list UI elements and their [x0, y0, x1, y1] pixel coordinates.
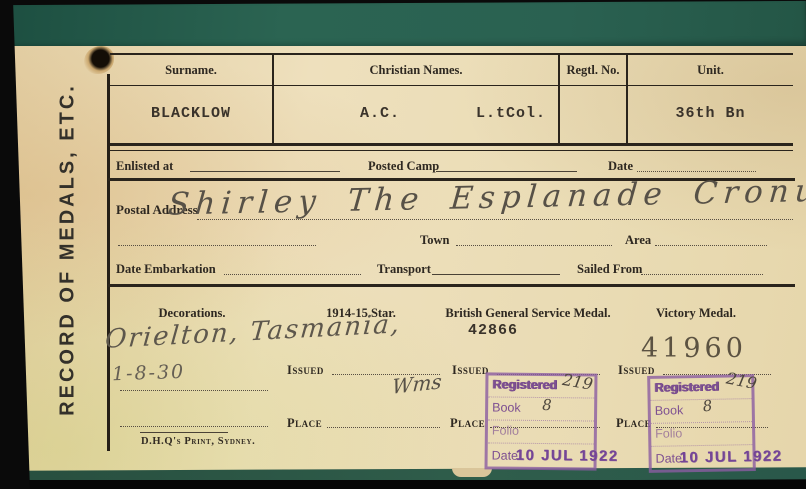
posted-camp-label: Posted Camp — [368, 159, 439, 174]
unit-header: Unit. — [628, 55, 793, 86]
enlisted-at-line — [190, 171, 340, 172]
stamp1-date-value: 10 JUL 1922 — [516, 447, 619, 465]
decorations-line-3 — [140, 432, 228, 433]
town-line — [456, 245, 612, 246]
bgsm-issued-label: Issued — [452, 363, 489, 378]
stamp1-book-number-handwriting: 8 — [542, 396, 552, 414]
stamp2-date-value: 10 JUL 1922 — [679, 448, 782, 467]
rank-value: L.tCol. — [476, 105, 546, 122]
registration-stamp-1: Registered 219 Book 8 Folio Date 10 JUL … — [484, 372, 597, 470]
star-place-label: Place — [287, 416, 322, 431]
christian-names-column: Christian Names. A.C. L.tCol. — [272, 55, 558, 143]
christian-names-value: A.C. — [360, 105, 400, 122]
stamp2-registered-label: Registered — [654, 380, 719, 395]
registration-stamp-2: Registered 219 Book 8 Folio Date 10 JUL … — [647, 374, 756, 473]
sailed-from-label: Sailed From — [577, 262, 642, 277]
bgsm-place-label: Place — [450, 416, 485, 431]
section-rule — [110, 150, 793, 151]
card-title-vertical: RECORD OF MEDALS, ETC. — [57, 50, 80, 450]
stamp2-folio-label: Folio — [655, 426, 682, 440]
date-label: Date — [608, 159, 633, 174]
stamp2-rule-3 — [651, 444, 752, 447]
christian-names-header: Christian Names. — [274, 55, 558, 86]
star-place-line — [327, 427, 440, 428]
date-line — [637, 171, 756, 172]
date-embarkation-label: Date Embarkation — [116, 262, 216, 277]
regtl-no-column: Regtl. No. — [558, 55, 626, 143]
medals-section-rule — [108, 284, 795, 287]
card-top-green-binding — [4, 1, 806, 50]
decorations-line-1 — [120, 390, 268, 391]
decorations-line-2 — [120, 426, 268, 427]
stamp2-book-label: Book — [655, 403, 684, 417]
area-label: Area — [625, 233, 651, 248]
date-embarkation-line — [224, 274, 361, 275]
area-line — [655, 245, 767, 246]
town-label: Town — [420, 233, 449, 248]
scanned-record-card: RECORD OF MEDALS, ETC. Surname. BLACKLOW… — [0, 0, 806, 489]
scan-background-bottom — [0, 480, 806, 489]
regtl-no-header: Regtl. No. — [560, 55, 626, 86]
printer-imprint: D.H.Q's Print, Sydney. — [141, 436, 255, 447]
star-issued-label: Issued — [287, 363, 324, 378]
surname-value: BLACKLOW — [151, 105, 231, 122]
town-row-left-line — [118, 245, 316, 246]
victory-medal-number: 41960 — [641, 333, 747, 364]
stamp1-date-label: Date — [492, 448, 519, 462]
victory-place-label: Place — [616, 416, 651, 431]
enlisted-at-label: Enlisted at — [116, 159, 173, 174]
surname-header: Surname. — [110, 55, 272, 86]
unit-value: 36th Bn — [675, 105, 745, 122]
transport-label: Transport — [377, 262, 431, 277]
stamp2-date-label: Date — [655, 451, 682, 465]
stamp2-rule-2 — [651, 421, 752, 424]
stamp1-rule-2 — [488, 419, 594, 421]
sailed-from-line — [641, 274, 763, 275]
victory-medal-header: Victory Medal. — [640, 306, 752, 321]
surname-column: Surname. BLACKLOW — [110, 55, 272, 143]
identity-table: Surname. BLACKLOW Christian Names. A.C. … — [110, 53, 793, 146]
stamp1-rule-3 — [488, 442, 594, 444]
transport-line — [432, 274, 560, 275]
decorations-handwriting-line2: 1-8-30 — [112, 361, 186, 386]
stamp1-book-label: Book — [492, 400, 521, 414]
stamp1-registered-label: Registered — [492, 377, 557, 392]
bgsm-number: 42866 — [468, 322, 518, 339]
unit-column: Unit. 36th Bn — [626, 55, 793, 143]
stamp1-registered-number-handwriting: 219 — [561, 370, 594, 394]
british-general-service-medal-header: British General Service Medal. — [430, 306, 626, 321]
posted-camp-line — [436, 171, 577, 172]
stamp1-folio-label: Folio — [492, 423, 519, 437]
stamp2-book-number-handwriting: 8 — [702, 396, 714, 415]
